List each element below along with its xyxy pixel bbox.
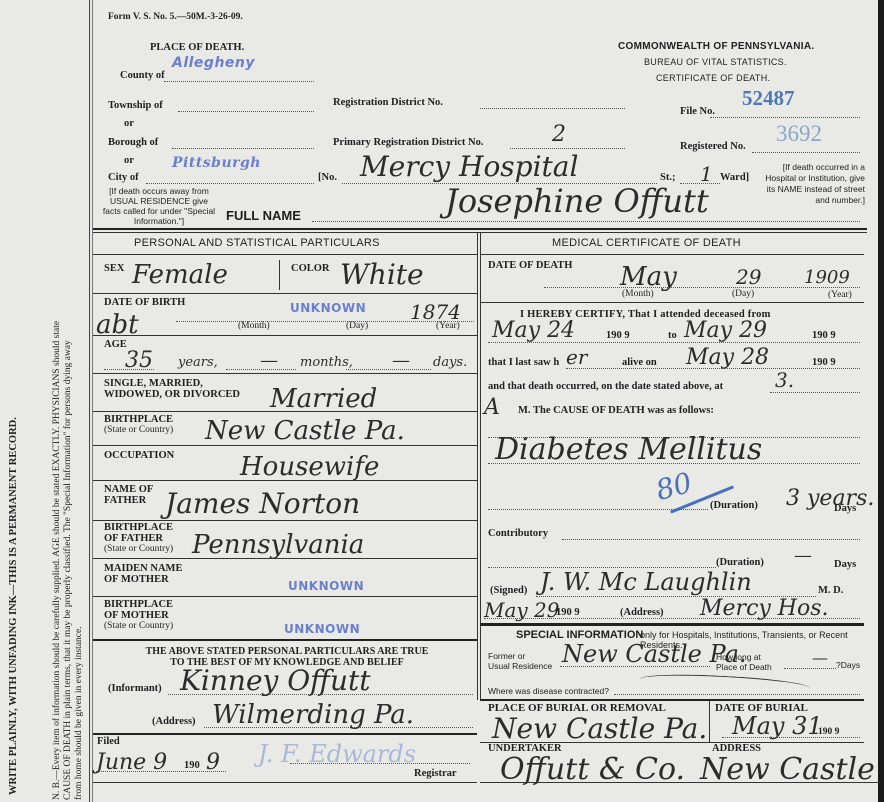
birthplace-label-line2: (State or Country) <box>104 425 173 436</box>
primary-reg-line <box>510 148 625 149</box>
how-long-line1: How long at <box>716 652 772 662</box>
days-label: days. <box>433 355 467 370</box>
sex-color-divider <box>279 260 280 290</box>
contributory-line <box>562 539 860 540</box>
contributory-duration-label: (Duration) <box>716 557 764 568</box>
last-saw-line <box>566 368 860 369</box>
father-value: James Norton <box>165 487 360 520</box>
margin-nb-line3: from home should be given in every insta… <box>74 626 84 800</box>
row-line <box>93 558 477 559</box>
last-saw-date: May 28 <box>686 345 769 370</box>
signed-year: 190 9 <box>556 607 580 618</box>
county-label: County of <box>120 70 165 81</box>
full-name-label: FULL NAME <box>226 208 301 223</box>
row-line <box>93 373 477 374</box>
mother-bp-line2: OF MOTHER <box>104 610 173 621</box>
years-label: years, <box>178 355 218 370</box>
contracted-dash-mark <box>640 672 811 696</box>
classification-code-mark: 80 <box>652 466 695 507</box>
city-label: City of <box>108 172 139 183</box>
row-line <box>93 480 477 481</box>
physician-signature: J. W. Mc Laughlin <box>540 568 752 596</box>
mother-bp-line1: BIRTHPLACE <box>104 599 173 610</box>
county-line <box>164 81 314 82</box>
margin-nb-line2: CAUSE OF DEATH in plain terms, that it m… <box>63 340 73 800</box>
former-residence-line <box>560 666 710 667</box>
mother-unknown-stamp: UNKNOWN <box>288 579 364 593</box>
cause-text: M. The CAUSE OF DEATH was as follows: <box>518 405 714 416</box>
mother-label-line1: MAIDEN NAME <box>104 563 182 574</box>
duration-label: (Duration) <box>710 500 758 511</box>
section-divider <box>93 639 477 641</box>
informant-address-value: Wilmerding Pa. <box>212 700 414 730</box>
father-label: NAME OF FATHER <box>104 484 153 506</box>
reg-district-line <box>480 108 625 109</box>
dob-year-label: (Year) <box>436 321 460 331</box>
file-no-label: File No. <box>680 106 715 117</box>
last-saw-label: that I last saw h <box>488 357 559 368</box>
mother-bp-line3: (State or Country) <box>104 621 173 632</box>
occupation-value: Housewife <box>240 452 379 482</box>
street-value: Mercy Hospital <box>360 150 578 183</box>
how-long-label: How long at Place of Death <box>716 652 772 672</box>
contributory-label: Contributory <box>488 528 548 539</box>
mother-birthplace-label: BIRTHPLACE OF MOTHER (State or Country) <box>104 599 173 632</box>
column-divider <box>477 232 478 700</box>
duration-days-label: Days <box>834 503 856 514</box>
former-residence-label: Former or Usual Residence <box>488 651 552 671</box>
sex-label: SEX <box>104 263 124 274</box>
row-line <box>93 520 477 521</box>
scan-edge <box>878 0 884 802</box>
marital-label-line2: WIDOWED, OR DIVORCED <box>104 389 240 400</box>
filed-line <box>96 771 226 772</box>
row-line <box>93 335 477 336</box>
time-line <box>770 392 860 393</box>
file-number: 52487 <box>742 86 795 111</box>
reg-district-label: Registration District No. <box>333 97 443 108</box>
father-birthplace-value: Pennsylvania <box>192 530 364 560</box>
marital-label-line1: SINGLE, MARRIED, <box>104 378 240 389</box>
informant-label: (Informant) <box>108 683 162 694</box>
last-saw-year: 190 9 <box>812 357 836 368</box>
place-of-death-title: PLACE OF DEATH. <box>150 42 244 53</box>
city-stamp: Pittsburgh <box>172 155 261 171</box>
how-long-line2: Place of Death <box>716 662 772 672</box>
color-value: White <box>340 258 424 291</box>
bottom-line <box>480 782 880 783</box>
color-label: COLOR <box>291 263 330 274</box>
signed-label: (Signed) <box>490 585 527 596</box>
occupation-label: OCCUPATION <box>104 450 174 461</box>
attended-from: May 24 <box>492 318 575 343</box>
age-label: AGE <box>104 339 127 350</box>
dob-day-label: (Day) <box>346 321 368 331</box>
registered-number: 3692 <box>776 121 822 147</box>
birthplace-label-line1: BIRTHPLACE <box>104 414 173 425</box>
former-label-line1: Former or <box>488 651 552 661</box>
row-line <box>480 254 864 255</box>
registrar-line <box>290 763 470 764</box>
dod-day: 29 <box>736 265 761 289</box>
age-days: — <box>392 350 410 371</box>
filed-label: Filed <box>97 736 120 747</box>
row-line <box>93 596 477 597</box>
bottom-line <box>93 782 477 783</box>
row-line <box>93 293 477 294</box>
father-label-line1: NAME OF <box>104 484 153 495</box>
dob-month-label: (Month) <box>238 321 270 331</box>
burial-place-value: New Castle Pa. <box>492 712 707 745</box>
ampm-value: A <box>484 395 500 420</box>
form-left-border <box>89 0 90 802</box>
duration-value: 3 years. <box>786 486 874 511</box>
header-certificate: CERTIFICATE OF DEATH. <box>656 73 770 83</box>
full-name-line <box>312 221 860 222</box>
father-label-line2: FATHER <box>104 495 153 506</box>
age-days-line <box>346 369 431 370</box>
age-months: — <box>260 350 278 371</box>
ward-label: Ward] <box>720 172 749 183</box>
dob-unknown-stamp: UNKNOWN <box>290 301 366 315</box>
how-long-days: ?Days <box>836 660 860 670</box>
months-label: months, <box>300 355 353 370</box>
birthplace-label: BIRTHPLACE (State or Country) <box>104 414 173 436</box>
age-years: 35 <box>125 348 153 373</box>
row-line <box>93 411 477 412</box>
contracted-label: Where was disease contracted? <box>488 686 609 696</box>
mother-label: MAIDEN NAME OF MOTHER <box>104 563 182 585</box>
township-label: Township of <box>108 100 163 111</box>
borough-label: Borough of <box>108 137 158 148</box>
section-divider <box>93 733 477 735</box>
father-birthplace-label: BIRTHPLACE OF FATHER (State or Country) <box>104 522 173 555</box>
to-label: to <box>668 330 677 341</box>
registrar-label: Registrar <box>414 768 457 779</box>
top-divider <box>93 228 867 230</box>
how-long-line <box>784 668 836 669</box>
or-label-1: or <box>124 118 134 129</box>
street-no-label: [No. <box>318 172 337 183</box>
header-commonwealth: COMMONWEALTH OF PENNSYLVANIA. <box>618 41 814 52</box>
time-value: 3. <box>775 368 794 392</box>
residence-note: [If death occurs away from USUAL RESIDEN… <box>100 186 218 226</box>
cause-value: Diabetes Mellitus <box>495 432 762 467</box>
section-divider <box>480 623 864 626</box>
row-line <box>93 445 477 446</box>
mother-label-line2: OF MOTHER <box>104 574 182 585</box>
informant-address-label: (Address) <box>152 716 196 727</box>
margin-nb-line1: N. B.—Every item of information should b… <box>52 321 62 800</box>
personal-title: PERSONAL AND STATISTICAL PARTICULARS <box>134 237 380 249</box>
file-no-line <box>710 117 860 118</box>
burial-date-line <box>722 737 860 738</box>
dod-day-label: (Day) <box>732 289 754 299</box>
burial-divider <box>709 700 710 742</box>
burial-year: 190 9 <box>818 727 839 737</box>
contributory-duration: — <box>794 545 812 566</box>
burial-date-value: May 31 <box>732 712 823 740</box>
father-bp-line2: OF FATHER <box>104 533 173 544</box>
registered-no-label: Registered No. <box>680 141 746 152</box>
primary-reg-label: Primary Registration District No. <box>333 137 483 148</box>
borough-line <box>172 148 314 149</box>
full-name-value: Josephine Offutt <box>445 182 709 220</box>
row-line <box>480 302 864 303</box>
alive-on-label: alive on <box>622 357 657 368</box>
attended-to: May 29 <box>684 318 767 343</box>
section-divider <box>480 699 864 701</box>
primary-reg-value: 2 <box>552 122 566 147</box>
dod-year-label: (Year) <box>828 290 852 300</box>
county-stamp: Allegheny <box>172 55 255 71</box>
birthplace-value: New Castle Pa. <box>205 416 405 446</box>
city-line <box>146 183 314 184</box>
mother-birthplace-stamp: UNKNOWN <box>284 622 360 636</box>
form-number: Form V. S. No. 5.—50M.-3-26-09. <box>108 12 243 22</box>
dod-month: May <box>620 262 677 292</box>
dod-label: DATE OF DEATH <box>488 260 572 271</box>
dod-year: 1909 <box>804 267 850 288</box>
cause-line-3 <box>488 509 708 510</box>
attestation-line1: THE ABOVE STATED PERSONAL PARTICULARS AR… <box>103 646 471 657</box>
physician-address-label: (Address) <box>620 607 664 618</box>
contributory-days-label: Days <box>834 559 856 570</box>
attended-to-year: 190 9 <box>812 330 836 341</box>
row-line <box>93 254 477 255</box>
md-label: M. D. <box>818 585 843 596</box>
marital-value: Married <box>270 384 377 414</box>
header-bureau: BUREAU OF VITAL STATISTICS. <box>644 57 787 67</box>
form-left-border-inner <box>92 0 93 802</box>
hospital-note: [If death occurred in a Hospital or Inst… <box>765 162 865 206</box>
marital-label: SINGLE, MARRIED, WIDOWED, OR DIVORCED <box>104 378 240 400</box>
or-label-2: or <box>124 155 134 166</box>
attended-from-year: 190 9 <box>606 330 630 341</box>
how-long-value: — <box>812 648 828 667</box>
medical-title: MEDICAL CERTIFICATE OF DEATH <box>552 237 741 249</box>
occurred-text: and that death occurred, on the date sta… <box>488 381 723 392</box>
filed-year-prefix: 190 <box>184 760 200 771</box>
informant-value: Kinney Offutt <box>180 664 371 697</box>
dod-month-label: (Month) <box>622 289 654 299</box>
margin-ink-notice: WRITE PLAINLY, WITH UNFADING INK—THIS IS… <box>8 417 19 795</box>
father-bp-line3: (State or Country) <box>104 544 173 555</box>
cause-line-2 <box>488 463 860 464</box>
sex-value: Female <box>132 260 228 290</box>
former-label-line2: Usual Residence <box>488 661 552 671</box>
registered-no-line <box>752 152 860 153</box>
township-line <box>178 111 314 112</box>
dob-label: DATE OF BIRTH <box>104 297 185 308</box>
last-saw-pronoun: er <box>566 345 587 369</box>
contracted-line <box>614 694 860 695</box>
father-bp-line1: BIRTHPLACE <box>104 522 173 533</box>
physician-address-line <box>484 618 860 619</box>
